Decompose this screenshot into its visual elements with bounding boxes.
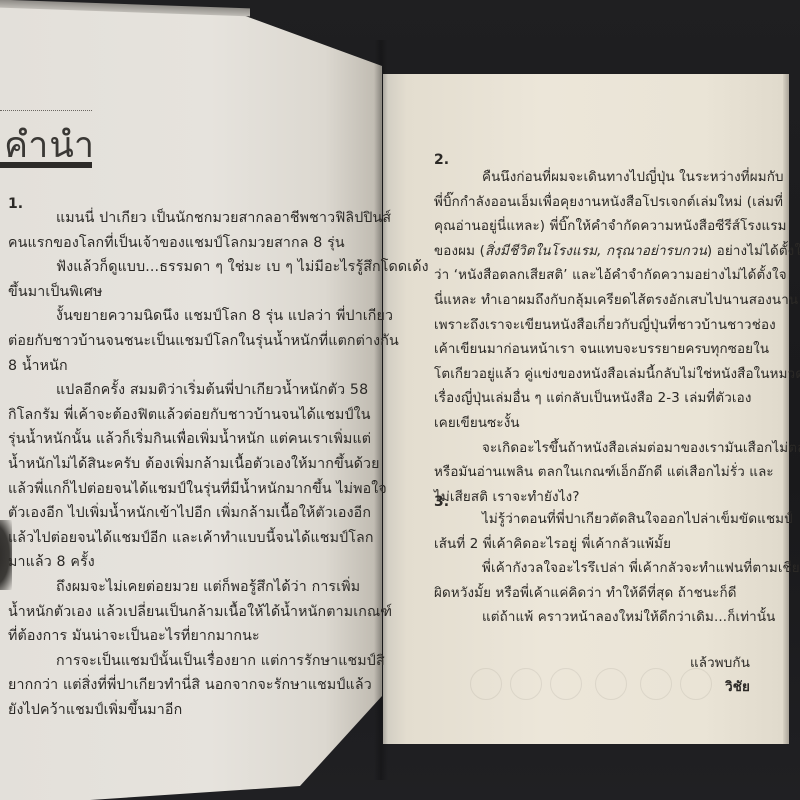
text-line: แปลอีกครั้ง สมมติว่าเริ่มต้นพี่ปาเกียวน้… <box>8 378 378 403</box>
text-line: ไม่รู้ว่าตอนที่พี่ปาเกียวตัดสินใจออกไปล่… <box>434 508 764 533</box>
text-line: เคยเขียนซะงั้น <box>434 412 764 437</box>
heading-dotted-rule <box>0 110 92 111</box>
text-line: 8 น้ำหนัก <box>8 354 378 379</box>
text-line: แล้วไปต่อยจนได้แชมป์อีก และเค้าทำแบบนี้จ… <box>8 526 378 551</box>
text-line: งั้นขยายความนิดนึง แชมป์โลก 8 รุ่น แปลว่… <box>8 304 378 329</box>
signoff-block: แล้วพบกัน วิชัย <box>434 640 750 700</box>
text-line: เพราะถึงเราจะเขียนหนังสือเกี่ยวกับญี่ปุ่… <box>434 314 764 339</box>
text-line: ยากกว่า แต่สิ่งที่พี่ปาเกียวทำนี่สิ นอกจ… <box>8 673 378 698</box>
text-line: คุณอ่านอยู่นี่แหละ) พี่บิ๊กให้คำจำกัดควา… <box>434 215 764 240</box>
text-line: ถึงผมจะไม่เคยต่อยมวย แต่ก็พอรู้สึกได้ว่า… <box>8 575 378 600</box>
text-line: ของผม (สิ่งมีชีวิตในโรงแรม, กรุณาอย่ารบก… <box>434 240 764 265</box>
book-titles-italic: สิ่งมีชีวิตในโรงแรม, กรุณาอย่ารบกวน <box>485 244 707 259</box>
text-line: ผิดหวังมั้ย หรือพี่เค้าแค่คิดว่า ทำให้ดี… <box>434 582 764 607</box>
text-line: คนแรกของโลกที่เป็นเจ้าของแชมป์โลกมวยสากล… <box>8 231 378 256</box>
text-line: หรือมันอ่านเพลิน ตลกในเกณฑ์เอ็กอ๊กดี แต่… <box>434 461 764 486</box>
text-line: รุ่นน้ำหนักนั้น แล้วก็เริ่มกินเพื่อเพิ่ม… <box>8 427 378 452</box>
text-line: ตัวเองอีก ไปเพิ่มน้ำหนักเข้าไปอีก เพิ่มก… <box>8 501 378 526</box>
text-line: แมนนี่ ปาเกียว เป็นนักชกมวยสากลอาชีพชาวฟ… <box>8 206 378 231</box>
text-line: เค้าเขียนมาก่อนหน้าเรา จนแทบจะบรรยายครบท… <box>434 338 764 363</box>
text-line: ฟังแล้วก็ดูแบบ...ธรรมดา ๆ ใช่มะ เบ ๆ ไม่… <box>8 255 378 280</box>
text-line: แต่ถ้าแพ้ คราวหน้าลองใหม่ให้ดีกว่าเดิม..… <box>434 606 764 631</box>
text-line: โตเกียวอยู่แล้ว คู่แข่งของหนังสือเล่มนี้… <box>434 363 764 388</box>
text-line: ว่า ‘หนังสือตลกเสียสติ’ และไอ้คำจำกัดควา… <box>434 264 764 289</box>
text-line: น้ำหนักตัวเอง แล้วเปลี่ยนเป็นกล้ามเนื้อใ… <box>8 600 378 625</box>
text-fragment: ) อย่างไม่ได้ตั้งใจ <box>707 244 800 259</box>
text-line: ที่ต้องการ มันน่าจะเป็นอะไรที่ยากมากนะ <box>8 624 378 649</box>
text-line: ขึ้นมาเป็นพิเศษ <box>8 280 378 305</box>
section-3-body: ไม่รู้ว่าตอนที่พี่ปาเกียวตัดสินใจออกไปล่… <box>434 508 764 631</box>
text-line: ยังไปคว้าแชมป์เพิ่มขึ้นมาอีก <box>8 698 378 723</box>
section-1-body: แมนนี่ ปาเกียว เป็นนักชกมวยสากลอาชีพชาวฟ… <box>8 206 378 722</box>
text-line: ต่อยกับชาวบ้านจนชนะเป็นแชมป์โลกในรุ่นน้ำ… <box>8 329 378 354</box>
closing-text: แล้วพบกัน <box>690 652 750 677</box>
text-line: กิโลกรัม พี่เค้าจะต้องฟิตแล้วต่อยกับชาวบ… <box>8 403 378 428</box>
author-name: วิชัย <box>725 676 750 701</box>
text-line: น้ำหนักไม่ได้สินะครับ ต้องเพิ่มกล้ามเนื้… <box>8 452 378 477</box>
text-line: ไม่เสียสติ เราจะทำยังไง? <box>434 486 764 511</box>
text-line: คืนนึงก่อนที่ผมจะเดินทางไปญี่ปุ่น ในระหว… <box>434 166 764 191</box>
section-2-body: คืนนึงก่อนที่ผมจะเดินทางไปญี่ปุ่น ในระหว… <box>434 166 764 510</box>
text-line: เส้นที่ 2 พี่เค้าคิดอะไรอยู่ พี่เค้ากลัว… <box>434 533 764 558</box>
text-line: พี่เค้ากังวลใจอะไรรึเปล่า พี่เค้ากลัวจะท… <box>434 557 764 582</box>
text-fragment: ของผม ( <box>434 244 485 259</box>
text-line: จะเกิดอะไรขึ้นถ้าหนังสือเล่มต่อมาของเราม… <box>434 437 764 462</box>
heading-underline-bar <box>0 162 92 168</box>
text-line: พี่บิ๊กกำลังออนเอ็มเพื่อคุยงานหนังสือโปร… <box>434 191 764 216</box>
text-line: แล้วพี่แกก็ไปต่อยจนได้แชมป์ในรุ่นที่มีน้… <box>8 477 378 502</box>
text-line: เรื่องญี่ปุ่นเล่มอื่น ๆ แต่กลับเป็นหนังส… <box>434 387 764 412</box>
text-line: มาแล้ว 8 ครั้ง <box>8 550 378 575</box>
text-line: นี่แหละ ทำเอาผมถึงกับกลุ้มเครียดไส้ตรงอั… <box>434 289 764 314</box>
text-line: การจะเป็นแชมป์นั้นเป็นเรื่องยาก แต่การรั… <box>8 649 378 674</box>
